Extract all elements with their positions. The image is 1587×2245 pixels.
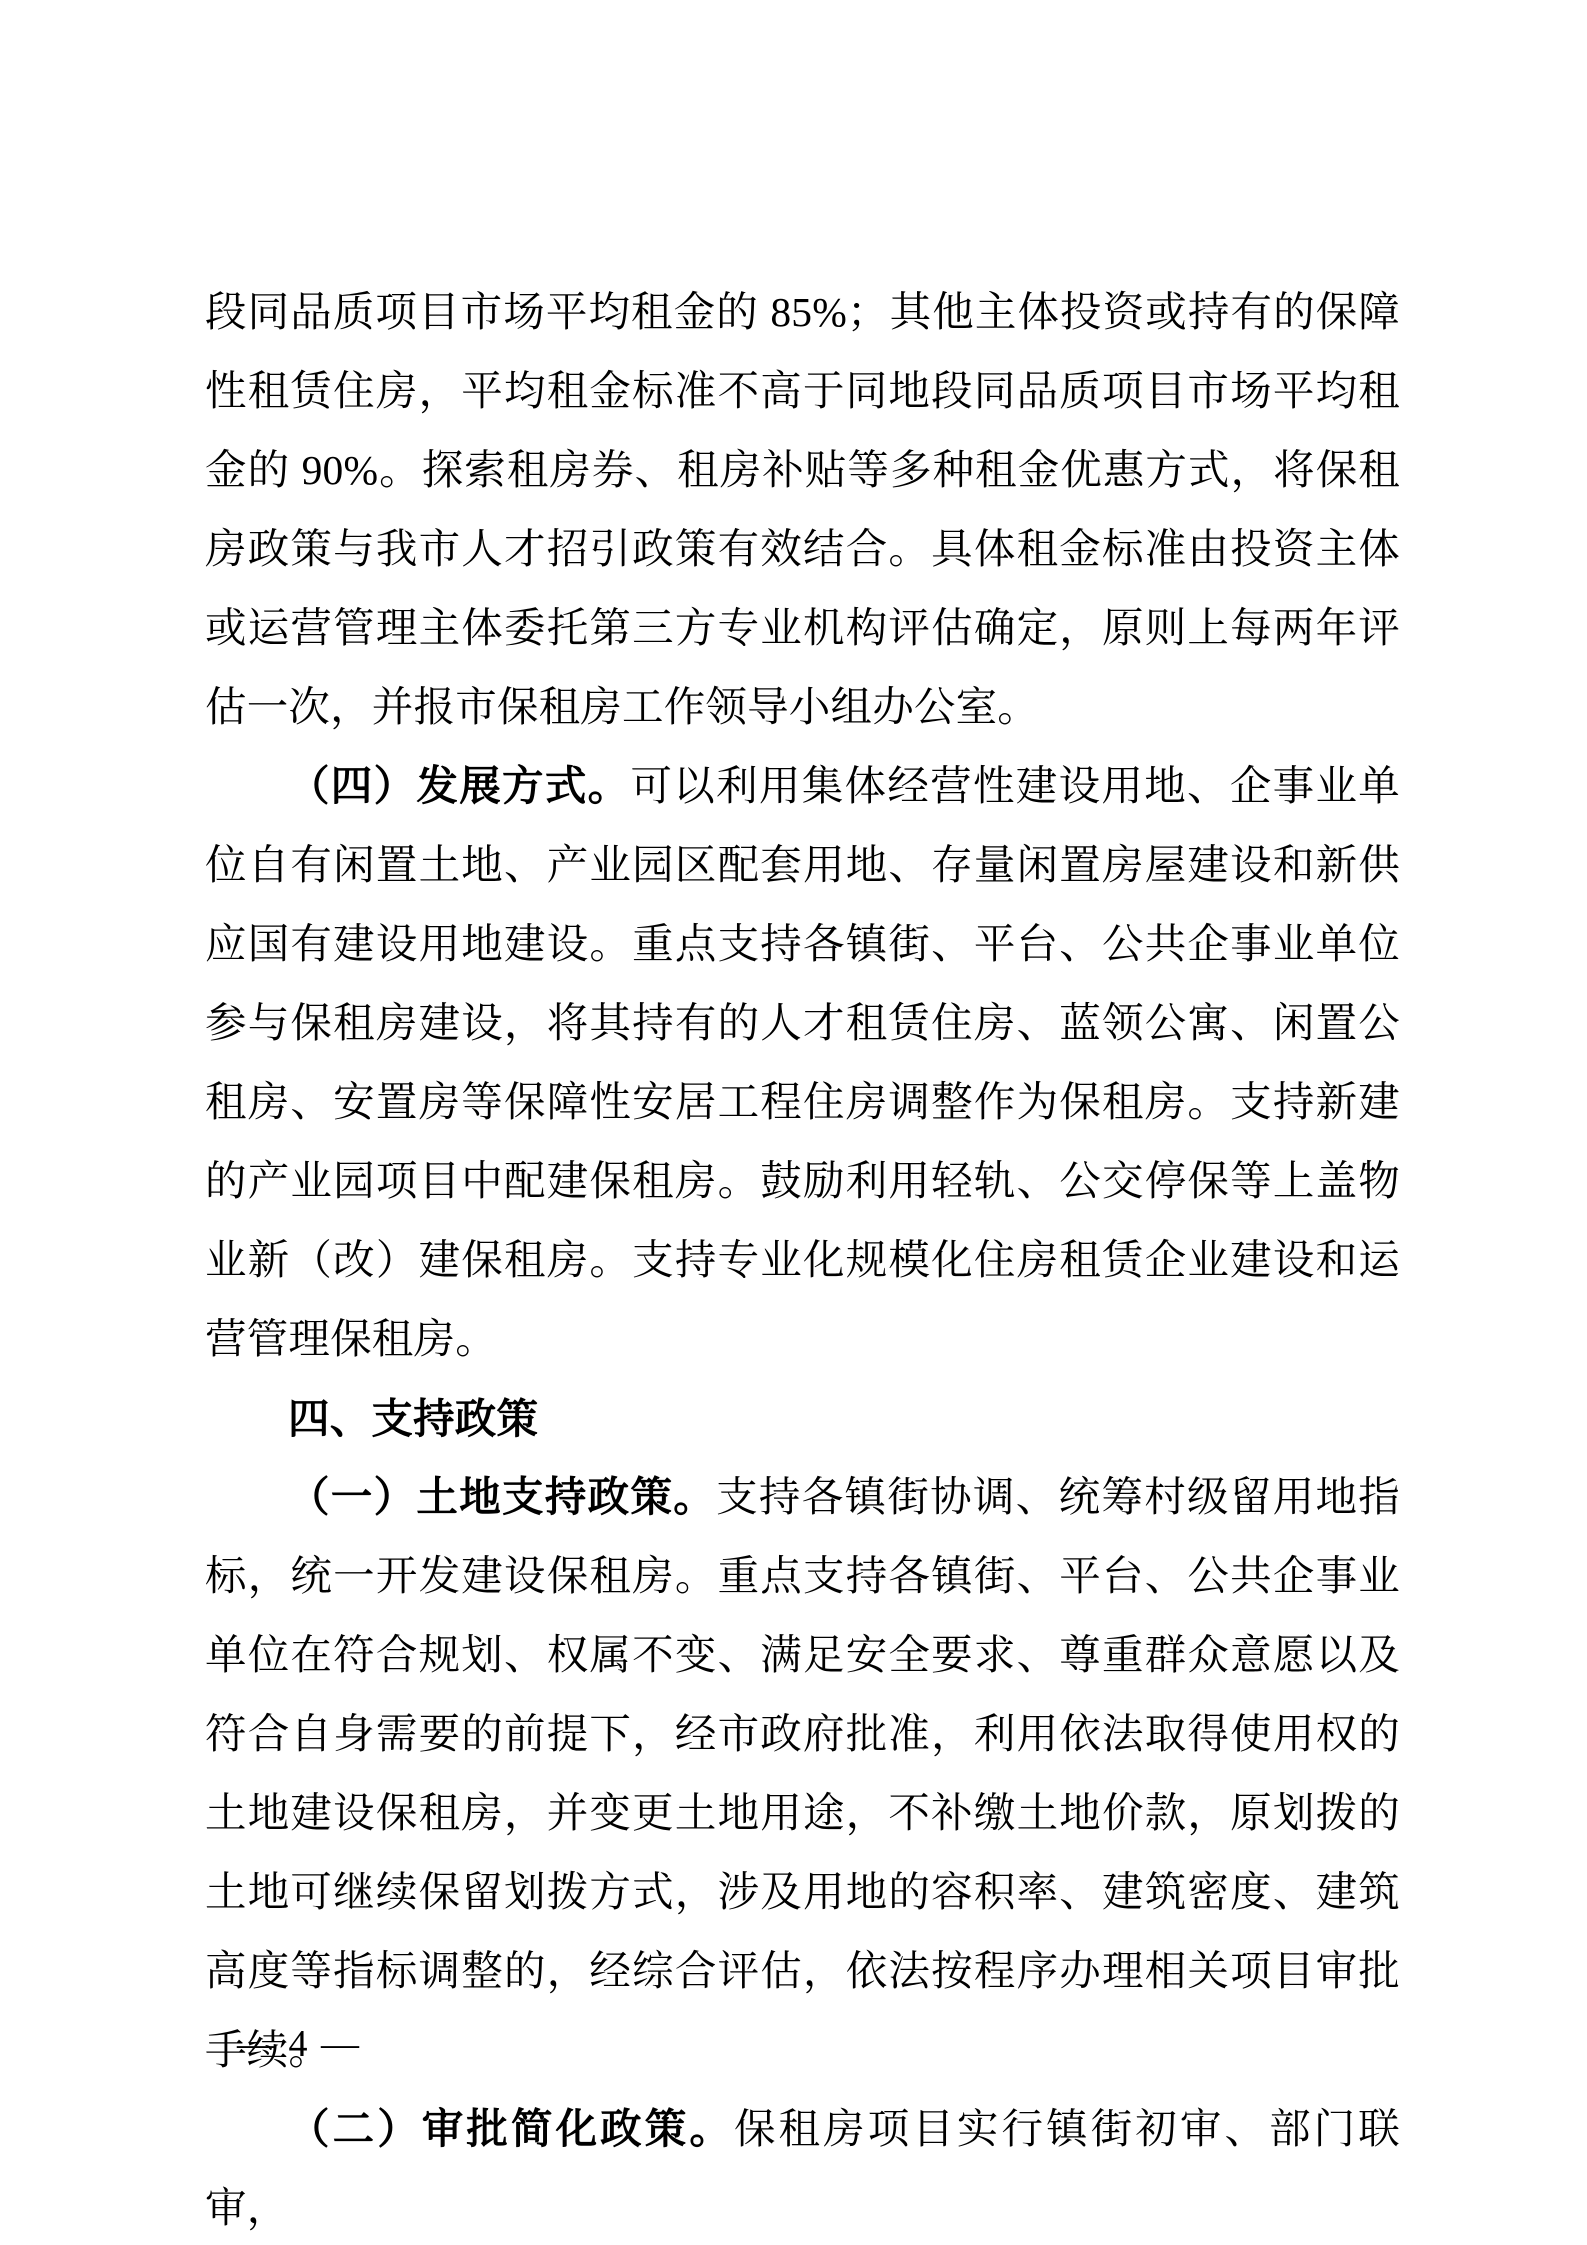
paragraph-text: 段同品质项目市场平均租金的 85%；其他主体投资或持有的保障性租赁住房，平均租金… (205, 289, 1400, 730)
page-number: — 4 — (237, 2023, 361, 2065)
paragraph-text: 支持各镇街协调、统筹村级留用地指标，统一开发建设保租房。重点支持各镇街、平台、公… (205, 1474, 1400, 2073)
body-paragraph: （四）发展方式。可以利用集体经营性建设用地、企事业单位自有闲置土地、产业园区配套… (205, 747, 1400, 1379)
paragraph-lead: （二）审批简化政策。 (288, 2106, 734, 2152)
body-paragraph: 段同品质项目市场平均租金的 85%；其他主体投资或持有的保障性租赁住房，平均租金… (205, 273, 1400, 747)
document-body: 段同品质项目市场平均租金的 85%；其他主体投资或持有的保障性租赁住房，平均租金… (205, 273, 1400, 2245)
paragraph-text: 可以利用集体经营性建设用地、企事业单位自有闲置土地、产业园区配套用地、存量闲置房… (205, 763, 1400, 1362)
section-heading: 四、支持政策 (205, 1379, 1400, 1458)
paragraph-lead: （四）发展方式。 (288, 763, 631, 809)
document-page: 段同品质项目市场平均租金的 85%；其他主体投资或持有的保障性租赁住房，平均租金… (0, 0, 1587, 2245)
body-paragraph: （二）审批简化政策。保租房项目实行镇街初审、部门联审， (205, 2090, 1400, 2245)
paragraph-lead: （一）土地支持政策。 (288, 1474, 716, 1520)
body-paragraph: （一）土地支持政策。支持各镇街协调、统筹村级留用地指标，统一开发建设保租房。重点… (205, 1458, 1400, 2090)
